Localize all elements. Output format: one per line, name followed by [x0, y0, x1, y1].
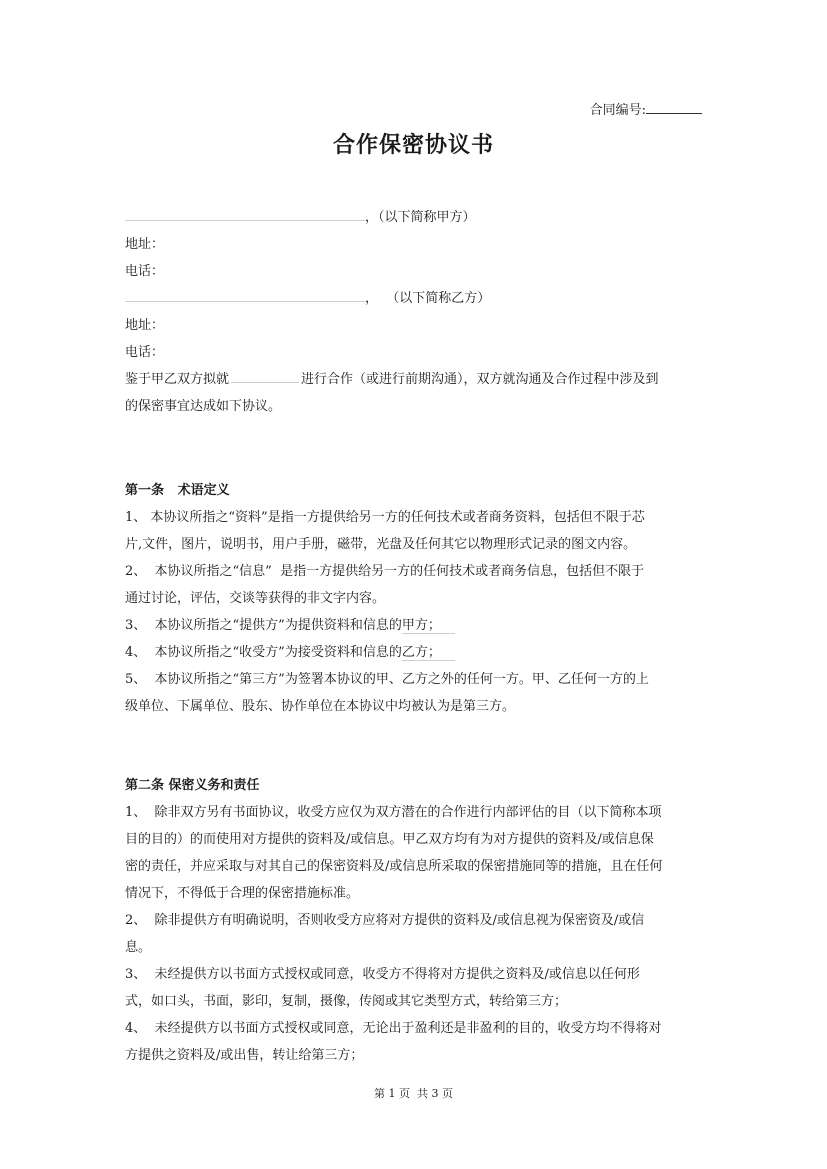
duty-item-1-line-1: 1、 除非双方另有书面协议，收受方应仅为双方潜在的合作进行内部评估的目（以下简称…	[125, 799, 705, 826]
term-item-4-text: 4、 本协议所指之“收受方”为接受资料和信息的	[125, 645, 402, 660]
section-1-heading: 第一条 术语定义	[125, 477, 705, 504]
contract-number-label: 合同编号:	[590, 103, 646, 118]
duty-item-4-line-2: 方提供之资料及/或出售，转让给第三方；	[125, 1042, 705, 1069]
party-b-phone: 电话：	[125, 339, 705, 366]
document-title: 合作保密协议书	[0, 128, 827, 159]
party-b-name-blank	[125, 287, 365, 302]
contract-number-blank	[646, 100, 702, 114]
duty-item-2-line-2: 息。	[125, 934, 705, 961]
term-item-5-line-2: 级单位、下属单位、股东、协作单位在本协议中均被认为是第三方。	[125, 693, 705, 720]
party-a-name-line: ，（以下简称甲方）	[125, 204, 705, 231]
section-2-heading: 第二条 保密义务和责任	[125, 772, 705, 799]
duty-item-4-line-1: 4、 未经提供方以书面方式授权或同意，无论出于盈利还是非盈利的目的，收受方均不得…	[125, 1015, 705, 1042]
party-b-suffix: ， （以下简称乙方）	[365, 291, 490, 306]
preamble-line-2: 的保密事宜达成如下协议。	[125, 393, 705, 420]
parties-block: ，（以下简称甲方） 地址： 电话： ， （以下简称乙方） 地址： 电话： 鉴于甲…	[125, 204, 705, 420]
page-indicator: 第 1 页 共 3 页	[0, 1085, 827, 1101]
term-item-5-line-1: 5、 本协议所指之“第三方”为签署本协议的甲、乙方之外的任何一方。甲、乙任何一方…	[125, 666, 705, 693]
term-item-3: 3、 本协议所指之“提供方”为提供资料和信息的甲方；	[125, 612, 705, 639]
duty-item-1-line-3: 密的责任，并应采取与对其自己的保密资料及/或信息所采取的保密措施同等的措施，且在…	[125, 853, 705, 880]
duty-item-2-line-1: 2、 除非提供方有明确说明，否则收受方应将对方提供的资料及/或信息视为保密资及/…	[125, 907, 705, 934]
party-a-name-blank	[125, 206, 365, 221]
duty-item-1-line-4: 情况下，不得低于合理的保密措施标准。	[125, 880, 705, 907]
duty-item-3-line-2: 式，如口头，书面，影印，复制，摄像，传阅或其它类型方式，转给第三方；	[125, 988, 705, 1015]
document-page: 合同编号: 合作保密协议书 ，（以下简称甲方） 地址： 电话： ， （以下简称乙…	[0, 0, 827, 1169]
duty-item-3-line-1: 3、 未经提供方以书面方式授权或同意，收受方不得将对方提供之资料及/或信息以任何…	[125, 961, 705, 988]
term-item-3-underlined: 甲方；	[402, 618, 455, 634]
party-a-suffix: ，（以下简称甲方）	[365, 210, 476, 225]
preamble-after-blank: 进行合作（或进行前期沟通），双方就沟通及合作过程中涉及到	[301, 372, 659, 387]
party-a-phone: 电话：	[125, 258, 705, 285]
term-item-2-line-1: 2、 本协议所指之“信息” 是指一方提供给另一方的任何技术或者商务信息，包括但不…	[125, 558, 705, 585]
term-item-1-line-2: 片,文件，图片，说明书，用户手册，磁带，光盘及任何其它以物理形式记录的图文内容。	[125, 531, 705, 558]
preamble-before-blank: 鉴于甲乙双方拟就	[125, 372, 229, 387]
section-1: 第一条 术语定义 1、 本协议所指之“资料”是指一方提供给另一方的任何技术或者商…	[125, 477, 705, 720]
term-item-4-underlined: 乙方；	[402, 645, 455, 661]
contract-number: 合同编号:	[590, 100, 702, 120]
party-b-address: 地址：	[125, 312, 705, 339]
term-item-4: 4、 本协议所指之“收受方”为接受资料和信息的乙方；	[125, 639, 705, 666]
project-blank	[231, 368, 299, 383]
party-a-address: 地址：	[125, 231, 705, 258]
term-item-2-line-2: 通过讨论，评估，交谈等获得的非文字内容。	[125, 585, 705, 612]
duty-item-1-line-2: 目的目的）的而使用对方提供的资料及/或信息。甲乙双方均有为对方提供的资料及/或信…	[125, 826, 705, 853]
section-2: 第二条 保密义务和责任 1、 除非双方另有书面协议，收受方应仅为双方潜在的合作进…	[125, 772, 705, 1069]
preamble-line-1: 鉴于甲乙双方拟就进行合作（或进行前期沟通），双方就沟通及合作过程中涉及到	[125, 366, 705, 393]
party-b-name-line: ， （以下简称乙方）	[125, 285, 705, 312]
term-item-3-text: 3、 本协议所指之“提供方”为提供资料和信息的	[125, 618, 402, 633]
term-item-1-line-1: 1、 本协议所指之“资料”是指一方提供给另一方的任何技术或者商务资料，包括但不限…	[125, 504, 705, 531]
